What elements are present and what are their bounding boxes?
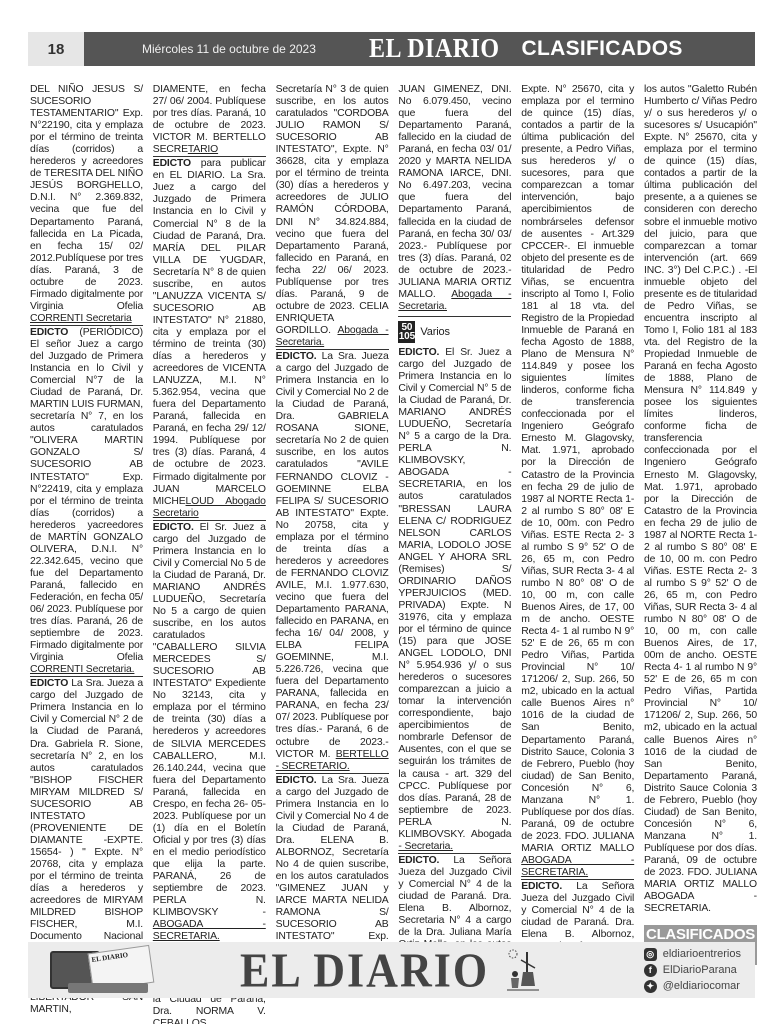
notice-keyword: EDICTO. <box>276 351 317 362</box>
column-6: los autos "Galetto Rubén Humberto c/ Viñ… <box>644 84 757 942</box>
column-3: Secretaría N° 3 de quien suscribe, en lo… <box>276 84 389 942</box>
notice-body: Expte. N° 25670, cita y emplaza por el t… <box>521 84 634 854</box>
facebook-handle: ElDiarioParana <box>663 964 737 976</box>
notice-signature: ABOGADA - SECRETARIA. <box>521 855 634 878</box>
notice-continuation: Expte. N° 25670, cita y emplaza por el t… <box>521 84 634 879</box>
footer-logo: EL DIARIO <box>240 942 489 998</box>
notice-body: El Sr. Juez a cargo del Juzgado de Prime… <box>398 347 511 840</box>
notice-keyword: EDICTO. <box>398 855 439 866</box>
twitter-handle: @eldiariocomar <box>663 980 740 992</box>
legal-notice: EDICTO. El Sr. Juez a cargo del Juzgado … <box>398 347 511 853</box>
notice-body: DEL NIÑO JESUS S/ SUCESORIO TESTAMENTARI… <box>30 84 143 312</box>
notice-body: (PERIÓDICO) El señor Juez a cargo del Ju… <box>30 327 143 663</box>
social-facebook[interactable]: f ElDiarioParana <box>644 964 741 977</box>
social-instagram[interactable]: ◎ eldiarioentrerios <box>644 948 741 961</box>
notice-keyword: EDICTO. <box>521 881 562 892</box>
column-4: JUAN GIMENEZ, DNI. No 6.079.450, vecino … <box>398 84 511 942</box>
notice-signature: TARIO <box>188 144 218 155</box>
issue-date: Miércoles 11 de octubre de 2023 <box>142 42 357 56</box>
instagram-handle: eldiarioentrerios <box>663 948 741 960</box>
notice-keyword: EDICTO. <box>153 522 194 533</box>
notice-signature: CORRENTI Secretaria <box>30 313 132 324</box>
notice-body: El Sr. Juez a cargo del Juzgado de Prime… <box>153 522 266 919</box>
notice-continuation: los autos "Galetto Rubén Humberto c/ Viñ… <box>644 84 757 915</box>
notice-continuation: DIAMENTE, en fecha 27/ 06/ 2004. Publíqu… <box>153 84 266 156</box>
notice-continuation: Secretaría N° 3 de quien suscribe, en lo… <box>276 84 389 349</box>
notice-signature: - Secretaria. <box>398 841 453 852</box>
column-2: DIAMENTE, en fecha 27/ 06/ 2004. Publíqu… <box>153 84 266 942</box>
notice-body: para publicar en EL DIARIO. La Sra. Juez… <box>153 158 266 506</box>
notice-keyword: EDICTO <box>30 327 68 338</box>
badge-bottom: 105 <box>398 332 415 341</box>
column-1: DEL NIÑO JESUS S/ SUCESORIO TESTAMENTARI… <box>30 84 143 942</box>
column-5: Expte. N° 25670, cita y emplaza por el t… <box>521 84 634 942</box>
classifieds-columns: DEL NIÑO JESUS S/ SUCESORIO TESTAMENTARI… <box>30 84 757 942</box>
legal-notice: EDICTO. La Sra. Jueza a cargo del Juzgad… <box>276 349 389 773</box>
legal-notice: EDICTO (PERIÓDICO) El señor Juez a cargo… <box>30 325 143 676</box>
notice-body: los autos "Galetto Rubén Humberto c/ Viñ… <box>644 84 757 914</box>
notice-keyword: EDICTO. <box>398 347 439 358</box>
notice-keyword: EDICTO. <box>276 775 317 786</box>
social-twitter[interactable]: ✦ @eldiariocomar <box>644 980 741 993</box>
notice-body: Secretaría N° 3 de quien suscribe, en lo… <box>276 84 389 336</box>
newspaper-logo: EL DIARIO <box>369 33 500 64</box>
footer-banner: EL DIARIO EL DIARIO ◎ eldiarioentrerios … <box>28 942 755 998</box>
don-quixote-icon <box>503 946 543 994</box>
notice-continuation: JUAN GIMENEZ, DNI. No 6.079.450, vecino … <box>398 84 511 313</box>
section-code-badge: 50105 <box>398 321 415 343</box>
devices-illustration: EL DIARIO <box>42 945 182 995</box>
notice-signature: CORRENTI Secretaria. <box>30 664 134 675</box>
instagram-icon: ◎ <box>644 948 657 961</box>
page-number: 18 <box>28 32 84 66</box>
page-header: 18 Miércoles 11 de octubre de 2023 EL DI… <box>28 32 755 66</box>
twitter-icon: ✦ <box>644 980 657 993</box>
notice-keyword: EDICTO <box>153 158 191 169</box>
notice-body: JUAN GIMENEZ, DNI. No 6.079.450, vecino … <box>398 84 511 300</box>
section-title: CLASIFICADOS <box>522 37 683 61</box>
social-links: ◎ eldiarioentrerios f ElDiarioParana ✦ @… <box>644 948 741 993</box>
header-bar: Miércoles 11 de octubre de 2023 EL DIARI… <box>84 32 755 66</box>
facebook-icon: f <box>644 964 657 977</box>
notice-keyword: EDICTO <box>30 678 68 689</box>
legal-notice: EDICTO. El Sr. Juez a cargo del Juzgado … <box>153 520 266 944</box>
legal-notice: EDICTO para publicar en EL DIARIO. La Sr… <box>153 156 266 519</box>
notice-continuation: DEL NIÑO JESUS S/ SUCESORIO TESTAMENTARI… <box>30 84 143 325</box>
notice-body: La Sra. Jueza a cargo del Juzgado de Pri… <box>276 351 389 760</box>
section-label: Varios <box>420 326 449 338</box>
section-header-varios: 50105Varios <box>398 316 511 343</box>
keyboard-icon <box>68 983 148 993</box>
notice-signature: ABOGADA - SECRETARIA. <box>153 919 266 942</box>
